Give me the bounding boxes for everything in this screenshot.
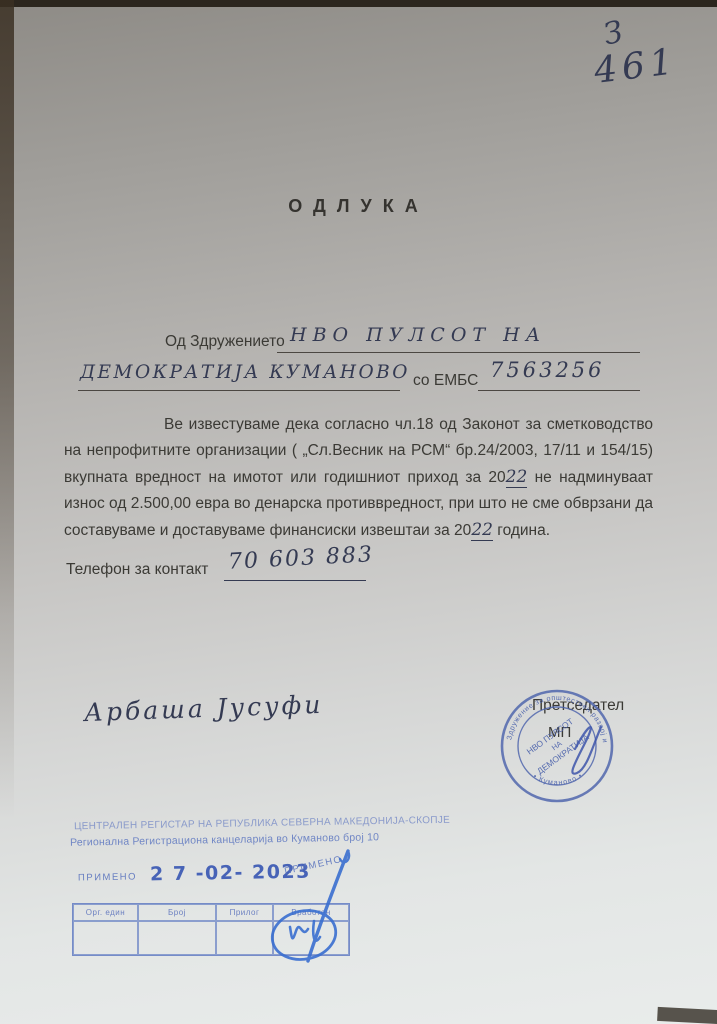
handwritten-case-number: 461 <box>592 41 680 92</box>
scanned-document-page: З 461 ОДЛУКА Од Здружението НВО ПУЛСОТ Н… <box>0 0 717 1024</box>
document-title: ОДЛУКА <box>0 196 717 217</box>
table-cell-empty-2 <box>138 921 216 955</box>
scan-edge-top <box>0 0 717 7</box>
pen-signature-over-stamp <box>572 727 601 774</box>
signature-oval <box>268 905 341 965</box>
handwritten-org-name-1: НВО ПУЛСОТ НА <box>290 324 546 346</box>
decision-paragraph: Ве известуваме дека согласно чл.18 од За… <box>64 412 653 544</box>
signature-long-stroke <box>308 851 348 961</box>
decision-text-part-3: година. <box>493 522 550 539</box>
table-header-number: Број <box>138 904 216 921</box>
embs-label: со ЕМБС <box>413 372 478 390</box>
pen-signature-over-table <box>256 843 376 978</box>
handwritten-org-name-2: ДЕМОКРАТИЈА КУМАНОВО <box>80 362 410 383</box>
received-label-left: ПРИМЕНО <box>78 871 137 883</box>
scan-edge-left <box>0 0 14 1024</box>
handwritten-year-1: 22 <box>506 467 528 488</box>
contact-phone-label: Телефон за контакт <box>66 561 208 579</box>
handwritten-year-2: 22 <box>471 520 493 541</box>
round-ngo-stamp: Здружение за општествен развој и • Куман… <box>497 685 619 807</box>
table-header-org-unit: Орг. един <box>73 904 138 921</box>
handwritten-embs-value: 7563256 <box>490 358 605 382</box>
handwritten-signature-name: Арбаша Јусуфи <box>84 690 324 727</box>
table-cell-empty-1 <box>73 921 138 955</box>
registry-stamp-line1: ЦЕНТРАЛЕН РЕГИСТАР НА РЕПУБЛИКА СЕВЕРНА … <box>74 815 450 833</box>
from-association-label: Од Здружението <box>165 333 285 351</box>
scan-edge-corner <box>657 1007 717 1024</box>
